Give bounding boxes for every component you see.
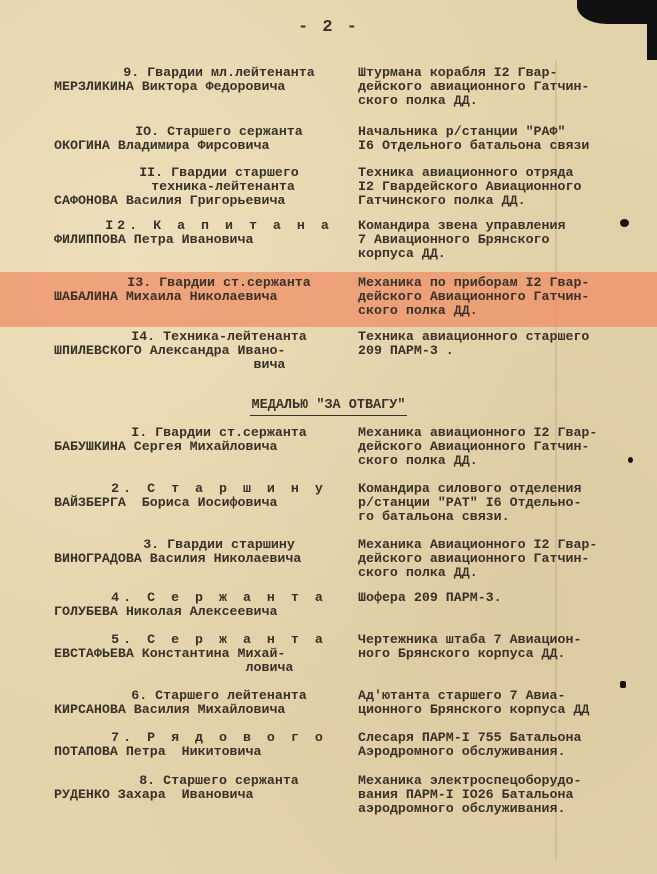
section-title: МЕДАЛЬЮ "ЗА ОТВАГУ" xyxy=(0,398,657,413)
entry-rank: I4. Техника-лейтенанта xyxy=(54,330,354,344)
entry-rank: 9. Гвардии мл.лейтенанта xyxy=(54,66,354,80)
entry-rank: 7. Р я д о в о г о xyxy=(54,731,354,745)
entry-position: Штурмана корабля I2 Гвар- дейского авиац… xyxy=(358,66,648,108)
entry-position: Механика по приборам I2 Гвар- дейского А… xyxy=(358,276,648,318)
entry-rank: 3. Гвардии старшину xyxy=(54,538,354,552)
entry-position: Техника авиационного старшего 209 ПАРМ-3… xyxy=(358,330,648,358)
entry-rank: 5. С е р ж а н т а xyxy=(54,633,354,647)
entry-name: РУДЕНКО Захара Ивановича xyxy=(54,788,354,802)
entry-name: ВИНОГРАДОВА Василия Николаевича xyxy=(54,552,354,566)
entry-rank: II. Гвардии старшего техника-лейтенанта xyxy=(54,166,354,194)
page-number: - 2 - xyxy=(0,18,657,37)
ink-blot xyxy=(620,219,629,227)
entry-position: Механика Авиационного I2 Гвар- дейского … xyxy=(358,538,648,580)
ink-blot xyxy=(628,457,633,463)
entry-name: ОКОГИНА Владимира Фирсовича xyxy=(54,139,354,153)
entry-rank: I3. Гвардии ст.сержанта xyxy=(54,276,354,290)
entry-name: МЕРЗЛИКИНА Виктора Федоровича xyxy=(54,80,354,94)
entry-name: ФИЛИППОВА Петра Ивановича xyxy=(54,233,354,247)
entry-rank: I2. К а п и т а н а xyxy=(54,219,354,233)
medal-section-title: МЕДАЛЬЮ "ЗА ОТВАГУ" xyxy=(250,398,408,416)
entry-name: САФОНОВА Василия Григорьевича xyxy=(54,194,354,208)
entry-position: Командира звена управления 7 Авиационног… xyxy=(358,219,648,261)
entry-rank: I. Гвардии ст.сержанта xyxy=(54,426,354,440)
entry-position: Техника авиационного отряда I2 Гвардейск… xyxy=(358,166,648,208)
document-page: - 2 - 9. Гвардии мл.лейтенантаМЕРЗЛИКИНА… xyxy=(0,0,657,874)
entry-position: Механика авиационного I2 Гвар- дейского … xyxy=(358,426,648,468)
ink-blot xyxy=(620,681,626,688)
entry-position: Механика электроспецоборудо- вания ПАРМ-… xyxy=(358,774,648,816)
entry-name: ЕВСТАФЬЕВА Константина Михай- ловича xyxy=(54,647,354,675)
entry-name: КИРСАНОВА Василия Михайловича xyxy=(54,703,354,717)
entry-position: Командира силового отделения р/станции "… xyxy=(358,482,648,524)
entry-position: Начальника р/станции "РАФ" I6 Отдельного… xyxy=(358,125,648,153)
entry-name: ШПИЛЕВСКОГО Александра Ивано- вича xyxy=(54,344,354,372)
entry-position: Слесаря ПАРМ-I 755 Батальона Аэродромног… xyxy=(358,731,648,759)
entry-name: ВАЙЗБЕРГА Бориса Иосифовича xyxy=(54,496,354,510)
entry-name: ШАБАЛИНА Михаила Николаевича xyxy=(54,290,354,304)
entry-position: Шофера 209 ПАРМ-3. xyxy=(358,591,648,605)
entry-rank: 2. С т а р ш и н у xyxy=(54,482,354,496)
entry-rank: 8. Старшего сержанта xyxy=(54,774,354,788)
entry-name: ГОЛУБЕВА Николая Алексеевича xyxy=(54,605,354,619)
entry-rank: 6. Старшего лейтенанта xyxy=(54,689,354,703)
entry-rank: IO. Старшего сержанта xyxy=(54,125,354,139)
entry-rank: 4. С е р ж а н т а xyxy=(54,591,354,605)
entry-name: БАБУШКИНА Сергея Михайловича xyxy=(54,440,354,454)
entry-position: Ад'ютанта старшего 7 Авиа- ционного Брян… xyxy=(358,689,648,717)
entry-position: Чертежника штаба 7 Авиацион- ного Брянск… xyxy=(358,633,648,661)
entry-name: ПОТАПОВА Петра Никитовича xyxy=(54,745,354,759)
